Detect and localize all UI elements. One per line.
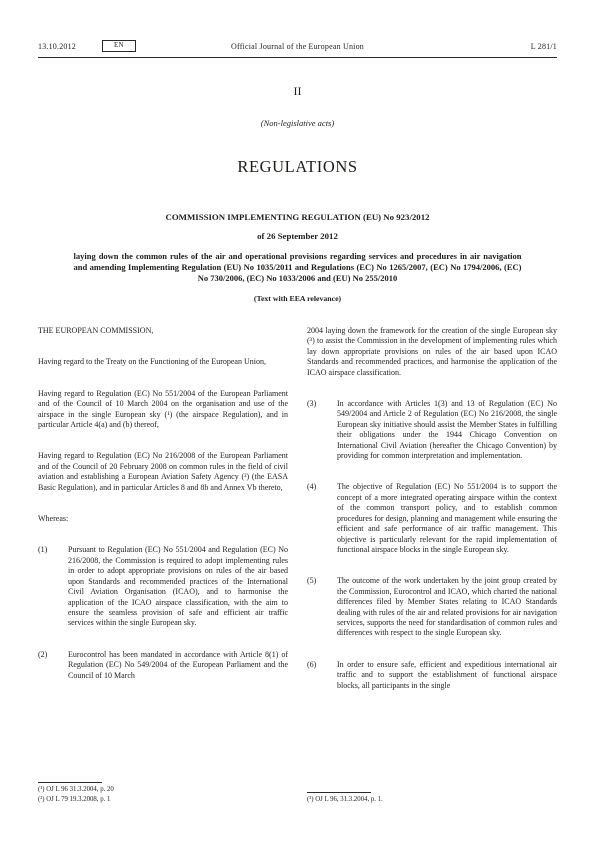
recital-number: (3): [307, 399, 337, 461]
recital-number: (1): [38, 545, 68, 628]
recital-text: Pursuant to Regulation (EC) No 551/2004 …: [68, 545, 288, 628]
header-date: 13.10.2012: [38, 42, 76, 51]
regulation-date: of 26 September 2012: [38, 231, 557, 241]
document-page: 13.10.2012 EN Official Journal of the Eu…: [0, 0, 595, 842]
paragraph-treaty: Having regard to the Treaty on the Funct…: [38, 357, 288, 367]
recital-4: (4) The objective of Regulation (EC) No …: [307, 482, 557, 555]
footnote-divider: [38, 782, 102, 783]
paragraph-regulation-551: Having regard to Regulation (EC) No 551/…: [38, 389, 288, 431]
footnote-3: (³) OJ L 96, 31.3.2004, p. 1.: [307, 795, 557, 805]
section-subtitle: (Non-legislative acts): [38, 118, 557, 128]
language-badge: EN: [102, 40, 136, 52]
recital-text: The objective of Regulation (EC) No 551/…: [337, 482, 557, 555]
regulation-title: COMMISSION IMPLEMENTING REGULATION (EU) …: [38, 212, 557, 222]
recital-number: (6): [307, 660, 337, 691]
regulation-title-block: COMMISSION IMPLEMENTING REGULATION (EU) …: [38, 212, 557, 303]
paragraph-commission: THE EUROPEAN COMMISSION,: [38, 326, 288, 336]
left-footnotes: (¹) OJ L 96 31.3.2004, p. 20 (²) OJ L 79…: [38, 782, 288, 804]
paragraph-whereas: Whereas:: [38, 514, 288, 524]
body-columns: THE EUROPEAN COMMISSION, Having regard t…: [38, 326, 557, 804]
recital-5: (5) The outcome of the work undertaken b…: [307, 576, 557, 638]
recital-text: Eurocontrol has been mandated in accorda…: [68, 650, 288, 681]
header-left: 13.10.2012 EN: [38, 40, 231, 52]
footnote-1: (¹) OJ L 96 31.3.2004, p. 20: [38, 785, 288, 795]
section-numeral: II: [38, 84, 557, 99]
regulation-subject: laying down the common rules of the air …: [74, 251, 522, 284]
recital-text: In order to ensure safe, efficient and e…: [337, 660, 557, 691]
regulations-heading: REGULATIONS: [38, 157, 557, 177]
page-header: 13.10.2012 EN Official Journal of the Eu…: [38, 0, 557, 52]
page-reference: L 281/1: [364, 42, 557, 51]
recital-2-continuation: 2004 laying down the framework for the c…: [307, 326, 557, 378]
paragraph-regulation-216: Having regard to Regulation (EC) No 216/…: [38, 451, 288, 493]
right-footnotes: (³) OJ L 96, 31.3.2004, p. 1.: [307, 792, 557, 805]
right-column: 2004 laying down the framework for the c…: [307, 326, 557, 804]
recital-text: The outcome of the work undertaken by th…: [337, 576, 557, 638]
journal-title: Official Journal of the European Union: [231, 42, 364, 51]
footnote-divider: [307, 792, 371, 793]
header-divider: [38, 57, 557, 58]
recital-text: In accordance with Articles 1(3) and 13 …: [337, 399, 557, 461]
recital-3: (3) In accordance with Articles 1(3) and…: [307, 399, 557, 461]
recital-1: (1) Pursuant to Regulation (EC) No 551/2…: [38, 545, 288, 628]
footnote-2: (²) OJ L 79 19.3.2008, p. 1: [38, 795, 288, 805]
recital-6: (6) In order to ensure safe, efficient a…: [307, 660, 557, 691]
recital-2: (2) Eurocontrol has been mandated in acc…: [38, 650, 288, 681]
eea-relevance-note: (Text with EEA relevance): [38, 294, 557, 303]
recital-number: (2): [38, 650, 68, 681]
recital-number: (5): [307, 576, 337, 638]
recital-number: (4): [307, 482, 337, 555]
left-column: THE EUROPEAN COMMISSION, Having regard t…: [38, 326, 288, 804]
